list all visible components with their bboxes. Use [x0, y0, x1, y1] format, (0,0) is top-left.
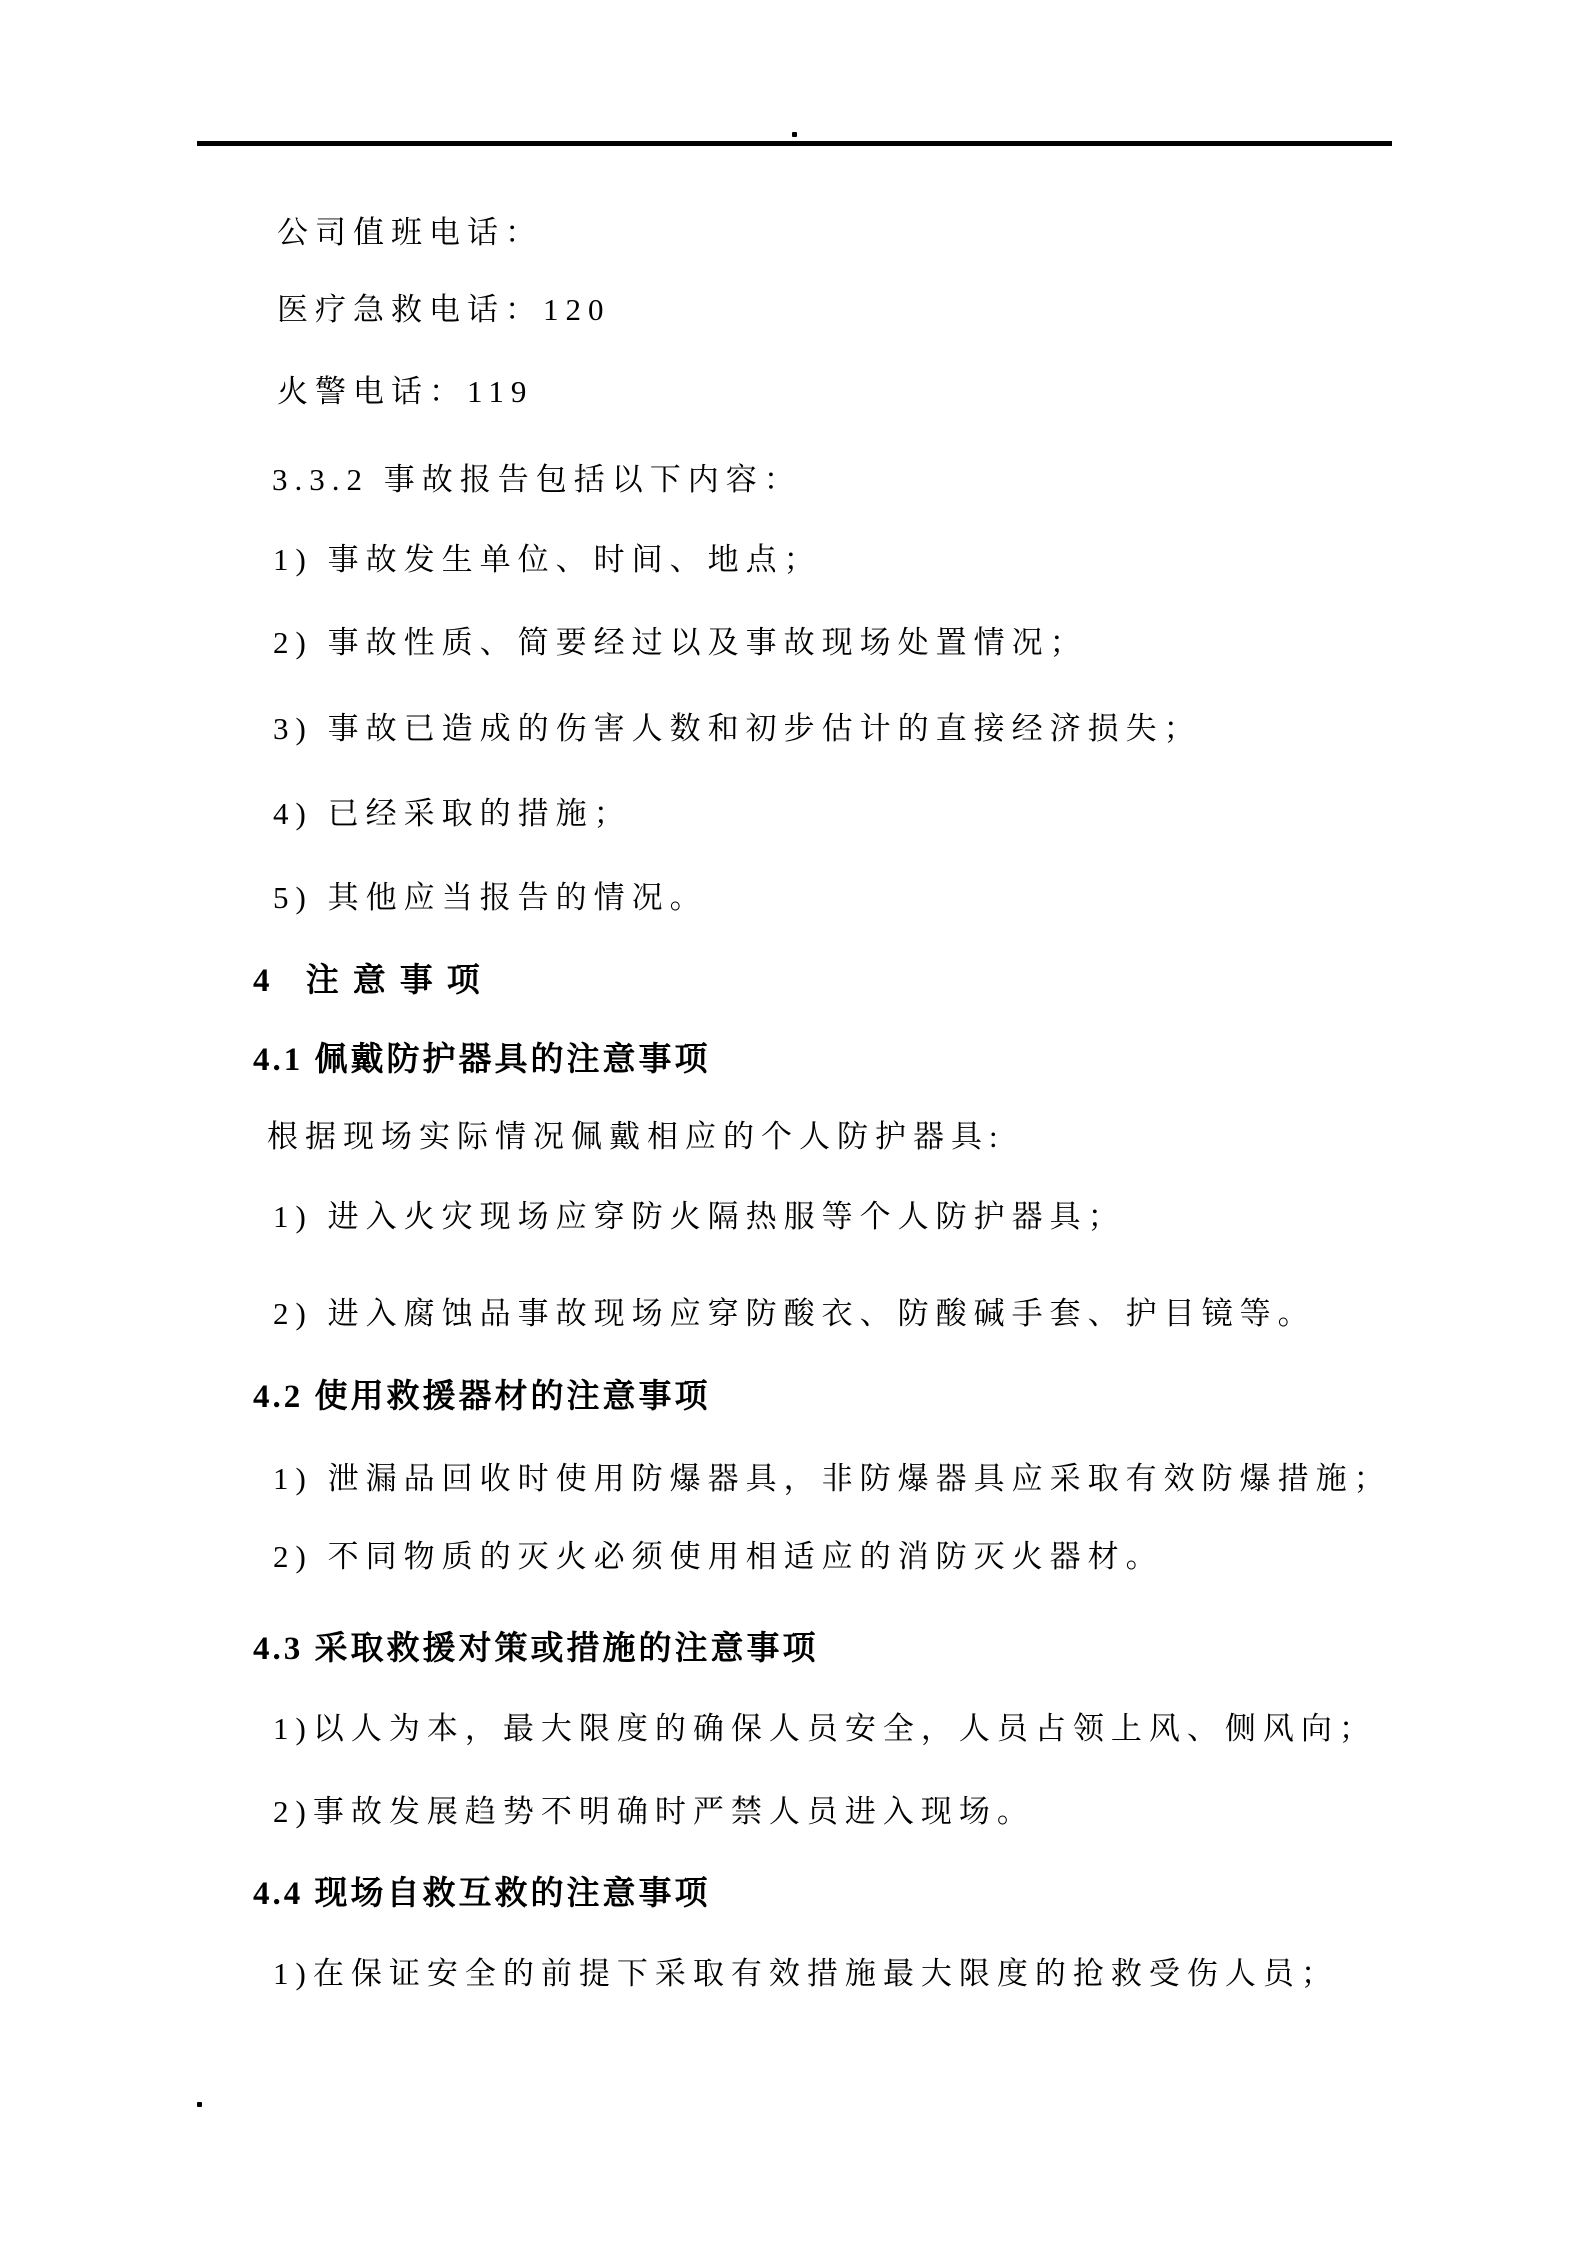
- report-item-3: 3) 事故已造成的伤害人数和初步估计的直接经济损失；: [273, 711, 1202, 747]
- line-ppe-intro: 根据现场实际情况佩戴相应的个人防护器具:: [267, 1119, 1005, 1155]
- heading-4-notes: 4 注意事项: [253, 963, 494, 1001]
- line-company-duty-phone: 公司值班电话：: [277, 215, 543, 251]
- ppe-item-2: 2) 进入腐蚀品事故现场应穿防酸衣、防酸碱手套、护目镜等。: [273, 1296, 1316, 1332]
- report-item-1: 1) 事故发生单位、时间、地点；: [273, 542, 822, 578]
- report-item-2: 2) 事故性质、简要经过以及事故现场处置情况；: [273, 625, 1088, 661]
- heading-4-1-ppe: 4.1 佩戴防护器具的注意事项: [253, 1042, 711, 1080]
- clause-3-3-2-report-contents: 3.3.2 事故报告包括以下内容：: [272, 462, 802, 498]
- ppe-item-1: 1) 进入火灾现场应穿防火隔热服等个人防护器具；: [273, 1199, 1126, 1235]
- line-medical-emergency-phone: 医疗急救电话：120: [277, 292, 611, 328]
- rescue-equipment-item-1: 1) 泄漏品回收时使用防爆器具，非防爆器具应采取有效防爆措施；: [273, 1461, 1392, 1497]
- heading-4-2-rescue-equipment: 4.2 使用救援器材的注意事项: [253, 1379, 711, 1417]
- document-page: 公司值班电话： 医疗急救电话：120 火警电话：119 3.3.2 事故报告包括…: [0, 0, 1587, 2245]
- heading-4-4-self-rescue: 4.4 现场自救互救的注意事项: [253, 1876, 711, 1914]
- footer-period-dot: [197, 2102, 202, 2107]
- header-rule: [197, 141, 1392, 146]
- heading-4-3-rescue-strategy: 4.3 采取救援对策或措施的注意事项: [253, 1631, 819, 1669]
- self-rescue-item-1: 1)在保证安全的前提下采取有效措施最大限度的抢救受伤人员；: [273, 1956, 1339, 1992]
- header-period-dot: [792, 132, 797, 137]
- report-item-4: 4) 已经采取的措施；: [273, 796, 632, 832]
- rescue-equipment-item-2: 2) 不同物质的灭火必须使用相适应的消防灭火器材。: [273, 1539, 1164, 1575]
- rescue-strategy-item-2: 2)事故发展趋势不明确时严禁人员进入现场。: [273, 1794, 1035, 1830]
- report-item-5: 5) 其他应当报告的情况。: [273, 880, 708, 916]
- rescue-strategy-item-1: 1)以人为本，最大限度的确保人员安全，人员占领上风、侧风向；: [273, 1711, 1377, 1747]
- line-fire-alarm-phone: 火警电话：119: [277, 374, 533, 410]
